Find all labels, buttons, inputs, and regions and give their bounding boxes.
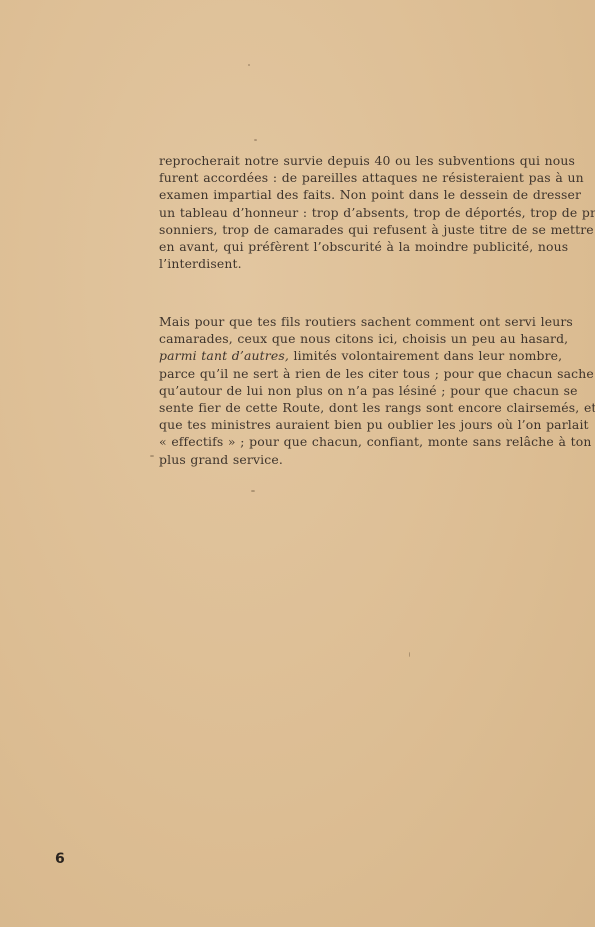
text-line: sonniers, trop de camarades qui refusent… [159, 221, 486, 238]
text-line: qu’autour de lui non plus on n’a pas lés… [159, 382, 486, 399]
text-line: sente fier de cette Route, dont les rang… [159, 399, 486, 416]
text-line: en avant, qui préfèrent l’obscurité à la… [159, 238, 486, 255]
paragraph-1: reprocherait notre survie depuis 40 ou l… [159, 152, 486, 272]
page-number: 6 [55, 851, 65, 867]
text-line: plus grand service. [159, 451, 486, 468]
paragraph-2: Mais pour que tes fils routiers sachent … [159, 313, 486, 468]
text-line: « effectifs » ; pour que chacun, confian… [159, 433, 486, 450]
document-page: reprocherait notre survie depuis 40 ou l… [0, 0, 595, 927]
text-line: un tableau d’honneur : trop d’absents, t… [159, 204, 486, 221]
paper-speck [248, 64, 250, 66]
italic-phrase: parmi tant d’autres, [159, 348, 289, 363]
paper-speck [409, 652, 410, 657]
paper-speck [254, 139, 257, 141]
text-line: que tes ministres auraient bien pu oubli… [159, 416, 486, 433]
paper-speck [150, 455, 154, 457]
text-fragment: limités volontairement dans leur nombre, [294, 348, 563, 363]
text-line: parce qu’il ne sert à rien de les citer … [159, 365, 486, 382]
paper-speck [251, 490, 255, 492]
paper-speck [576, 175, 579, 177]
text-line-with-italic: parmi tant d’autres, limités volontairem… [159, 347, 486, 364]
text-line: reprocherait notre survie depuis 40 ou l… [159, 152, 486, 169]
text-line: l’interdisent. [159, 255, 486, 272]
text-line: Mais pour que tes fils routiers sachent … [159, 313, 486, 330]
text-line: camarades, ceux que nous citons ici, cho… [159, 330, 486, 347]
text-line: examen impartial des faits. Non point da… [159, 186, 486, 203]
text-line: furent accordées : de pareilles attaques… [159, 169, 486, 186]
